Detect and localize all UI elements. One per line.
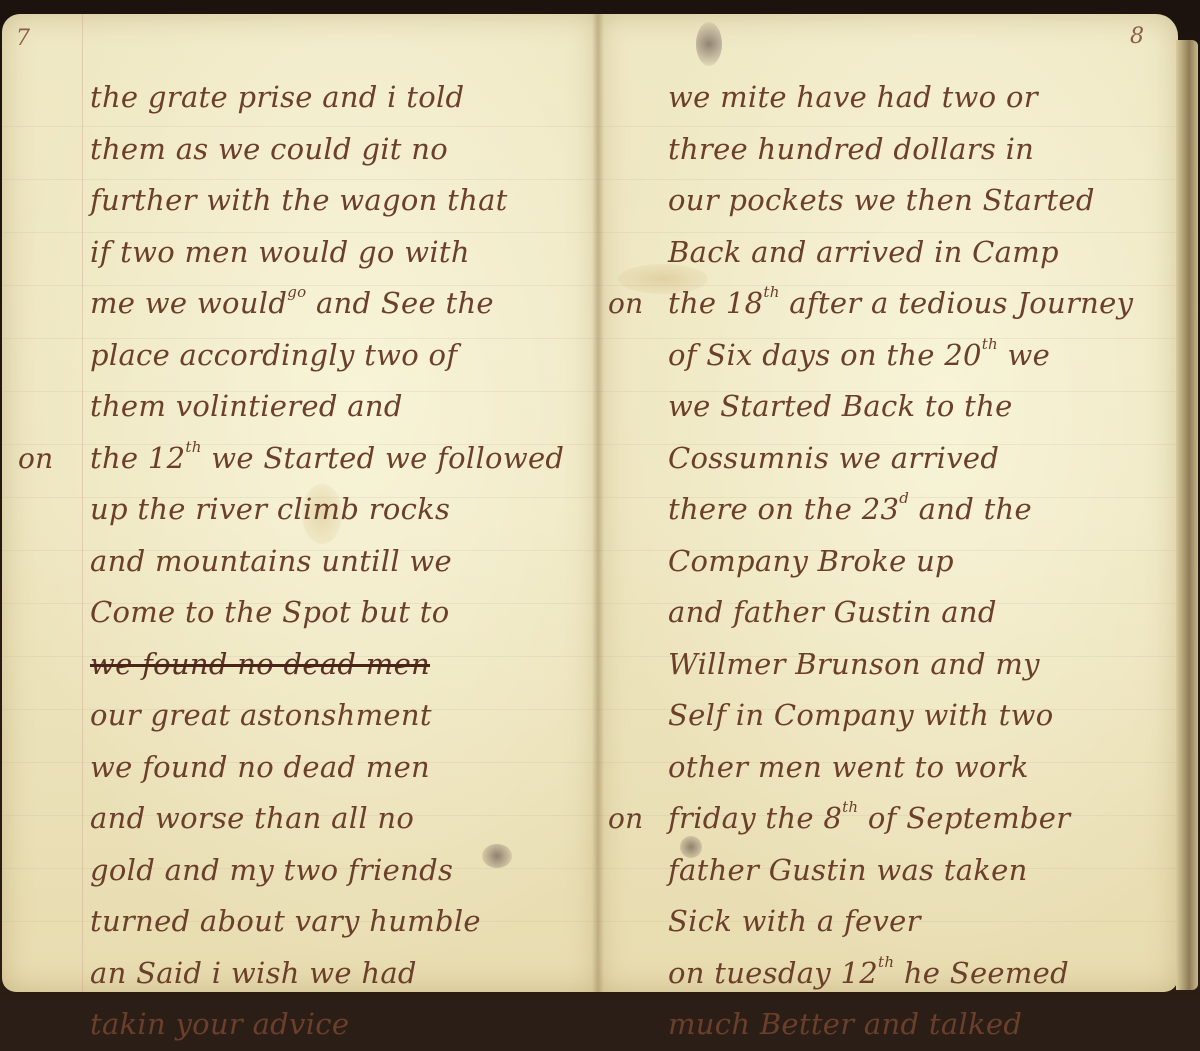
line-text: and worse than all no bbox=[90, 801, 414, 835]
ordinal-suffix: th bbox=[185, 438, 201, 456]
journal-line: them volintiered and bbox=[90, 381, 564, 433]
journal-line: we found no dead men bbox=[90, 742, 564, 794]
journal-line: the grate prise and i told bbox=[90, 72, 564, 124]
line-text: and mountains untill we bbox=[90, 544, 452, 578]
line-text: we found no dead men bbox=[90, 647, 430, 681]
line-text: other men went to work bbox=[668, 750, 1029, 784]
line-text-continued: of September bbox=[858, 801, 1070, 835]
line-text: the 12 bbox=[90, 441, 185, 475]
line-text: Cossumnis we arrived bbox=[668, 441, 999, 475]
right-page-text: we mite have had two orthree hundred dol… bbox=[668, 72, 1133, 997]
line-text: we Started Back to the bbox=[668, 389, 1013, 423]
book-spine bbox=[592, 14, 604, 992]
journal-line: on tuesday 12th he Seemed bbox=[668, 948, 1133, 998]
journal-line: three hundred dollars in bbox=[668, 124, 1133, 176]
ink-blot bbox=[696, 22, 722, 66]
margin-note: on bbox=[608, 793, 644, 845]
line-text: and father Gustin and bbox=[668, 595, 997, 629]
journal-line: and father Gustin and bbox=[668, 587, 1133, 639]
line-text: me we would bbox=[90, 286, 287, 320]
line-text: Sick with a fever bbox=[668, 904, 921, 938]
line-text: of Six days on the 20 bbox=[668, 338, 982, 372]
journal-line: we Started Back to the bbox=[668, 381, 1133, 433]
margin-note: on bbox=[608, 278, 644, 330]
line-text: we mite have had two or bbox=[668, 80, 1038, 114]
line-text: friday the 8 bbox=[668, 801, 842, 835]
journal-line: Self in Company with two bbox=[668, 690, 1133, 742]
line-text-continued: after a tedious Journey bbox=[780, 286, 1134, 320]
journal-line: Sick with a fever bbox=[668, 896, 1133, 948]
line-text: an Said i wish we had bbox=[90, 956, 417, 990]
right-page: 8 we mite have had two orthree hundred d… bbox=[598, 14, 1178, 992]
ordinal-suffix: th bbox=[763, 283, 779, 301]
line-text: there on the 23 bbox=[668, 492, 899, 526]
line-text: Willmer Brunson and my bbox=[668, 647, 1040, 681]
journal-line: Back and arrived in Camp bbox=[668, 227, 1133, 279]
journal-line: if two men would go with bbox=[90, 227, 564, 279]
line-text: three hundred dollars in bbox=[668, 132, 1034, 166]
line-text-continued: he Seemed bbox=[894, 956, 1069, 990]
page-edges bbox=[1176, 40, 1198, 990]
journal-line: Company Broke up bbox=[668, 536, 1133, 588]
journal-line: and worse than all no bbox=[90, 793, 564, 845]
journal-line: and mountains untill we bbox=[90, 536, 564, 588]
journal-line: other men went to work bbox=[668, 742, 1133, 794]
line-text: the 18 bbox=[668, 286, 763, 320]
left-page-number: 7 bbox=[16, 26, 30, 51]
journal-line: of Six days on the 20th we bbox=[668, 330, 1133, 382]
ordinal-suffix: th bbox=[842, 798, 858, 816]
journal-line: Willmer Brunson and my bbox=[668, 639, 1133, 691]
line-text-continued: and See the bbox=[306, 286, 493, 320]
ordinal-suffix: th bbox=[878, 953, 894, 971]
line-text-continued: we Started we followed bbox=[202, 441, 565, 475]
journal-line: Come to the Spot but to bbox=[90, 587, 564, 639]
journal-line: an Said i wish we had bbox=[90, 948, 564, 998]
line-text: further with the wagon that bbox=[90, 183, 508, 217]
line-text: our great astonshment bbox=[90, 698, 432, 732]
line-text: on tuesday 12 bbox=[668, 956, 878, 990]
line-text-continued: we bbox=[998, 338, 1050, 372]
margin-rule bbox=[82, 14, 83, 992]
line-text: up the river climb rocks bbox=[90, 492, 450, 526]
right-page-number: 8 bbox=[1130, 24, 1144, 49]
ordinal-suffix: d bbox=[899, 489, 909, 507]
line-text: Self in Company with two bbox=[668, 698, 1054, 732]
line-text: turned about vary humble bbox=[90, 904, 481, 938]
line-text: them as we could git no bbox=[90, 132, 448, 166]
journal-line: we found no dead men bbox=[90, 639, 564, 691]
left-page: 7 the grate prise and i toldthem as we c… bbox=[2, 14, 598, 992]
line-text: father Gustin was taken bbox=[668, 853, 1028, 887]
journal-line: them as we could git no bbox=[90, 124, 564, 176]
journal-line: place accordingly two of bbox=[90, 330, 564, 382]
line-text: our pockets we then Started bbox=[668, 183, 1095, 217]
line-text: Come to the Spot but to bbox=[90, 595, 449, 629]
line-text: Back and arrived in Camp bbox=[668, 235, 1059, 269]
journal-line: gold and my two friends bbox=[90, 845, 564, 897]
line-text: them volintiered and bbox=[90, 389, 403, 423]
journal-line: friday the 8th of Septemberon bbox=[668, 793, 1133, 845]
journal-line: we mite have had two or bbox=[668, 72, 1133, 124]
line-text: place accordingly two of bbox=[90, 338, 457, 372]
margin-note: on bbox=[18, 433, 54, 485]
line-text: gold and my two friends bbox=[90, 853, 453, 887]
journal-line: there on the 23d and the bbox=[668, 484, 1133, 536]
journal-line: up the river climb rocks bbox=[90, 484, 564, 536]
journal-line: Cossumnis we arrived bbox=[668, 433, 1133, 485]
line-text: the grate prise and i told bbox=[90, 80, 464, 114]
ordinal-suffix: th bbox=[982, 335, 998, 353]
journal-line: the 18th after a tedious Journeyon bbox=[668, 278, 1133, 330]
journal-line: father Gustin was taken bbox=[668, 845, 1133, 897]
journal-line: me we wouldgo and See the bbox=[90, 278, 564, 330]
line-text-continued: and the bbox=[909, 492, 1032, 526]
line-text: if two men would go with bbox=[90, 235, 470, 269]
journal-line: our pockets we then Started bbox=[668, 175, 1133, 227]
journal-line: our great astonshment bbox=[90, 690, 564, 742]
journal-line: further with the wagon that bbox=[90, 175, 564, 227]
journal-line: the 12th we Started we followedon bbox=[90, 433, 564, 485]
line-text: Company Broke up bbox=[668, 544, 954, 578]
journal-spread: 7 the grate prise and i toldthem as we c… bbox=[0, 0, 1200, 997]
left-page-text: the grate prise and i toldthem as we cou… bbox=[90, 72, 564, 997]
line-text: we found no dead men bbox=[90, 750, 430, 784]
journal-line: turned about vary humble bbox=[90, 896, 564, 948]
inserted-word: go bbox=[287, 283, 306, 301]
